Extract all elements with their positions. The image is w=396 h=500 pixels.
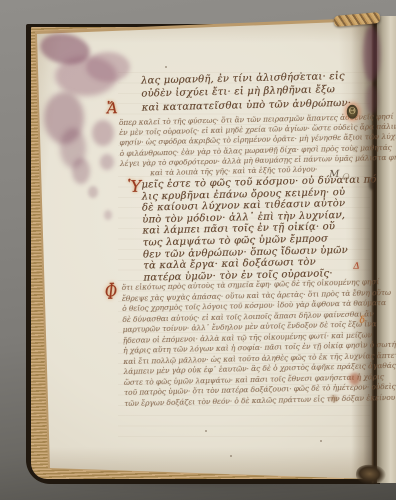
commentary-block-1: ὅπερ καλεῖ τὸ τῆς φύσεως· ὅτι ἂν τῶν πει… — [119, 113, 356, 180]
rubric-initial-phi: Φ — [104, 278, 117, 304]
speck — [165, 66, 167, 68]
gospel-text-block-1: λας μωρανθῆ, ἐν τίνι ἁλισθήσεται· εἰς οὐ… — [141, 70, 351, 115]
marginal-mark-delta: Δ — [353, 262, 360, 272]
speck — [230, 455, 232, 457]
speck — [340, 212, 342, 214]
commentary-block-2: ὅτι εἰκότως πρὸς αὐτοὺς τὰ σημεῖα ἔφη· φ… — [122, 278, 363, 409]
marginal-mark-omicron-small: ο — [353, 145, 358, 154]
rubric-initial-upsilon: Ὑ — [127, 177, 141, 196]
rubric-initial-alpha: Ἄ — [106, 99, 117, 117]
marginal-mark-delta-small: δ — [359, 316, 365, 326]
marginal-mark-omicron: Ο — [342, 173, 350, 183]
speck — [300, 72, 302, 74]
manuscript-photo: λας μωρανθῆ, ἐν τίνι ἁλισθήσεται· εἰς οὐ… — [0, 0, 396, 500]
speck — [205, 430, 207, 432]
text-layer: λας μωρανθῆ, ἐν τίνι ἁλισθήσεται· εἰς οὐ… — [0, 0, 396, 500]
ink-blot — [349, 373, 360, 385]
speck — [320, 440, 322, 442]
ink-blot — [330, 395, 338, 402]
speck — [280, 92, 282, 94]
gospel-text-block-2: μεῖς ἐστε τὸ φῶς τοῦ κόσμου· οὐ δύναται … — [141, 174, 379, 284]
marginal-mark-mu: Μ — [329, 169, 339, 180]
speck — [150, 300, 152, 302]
